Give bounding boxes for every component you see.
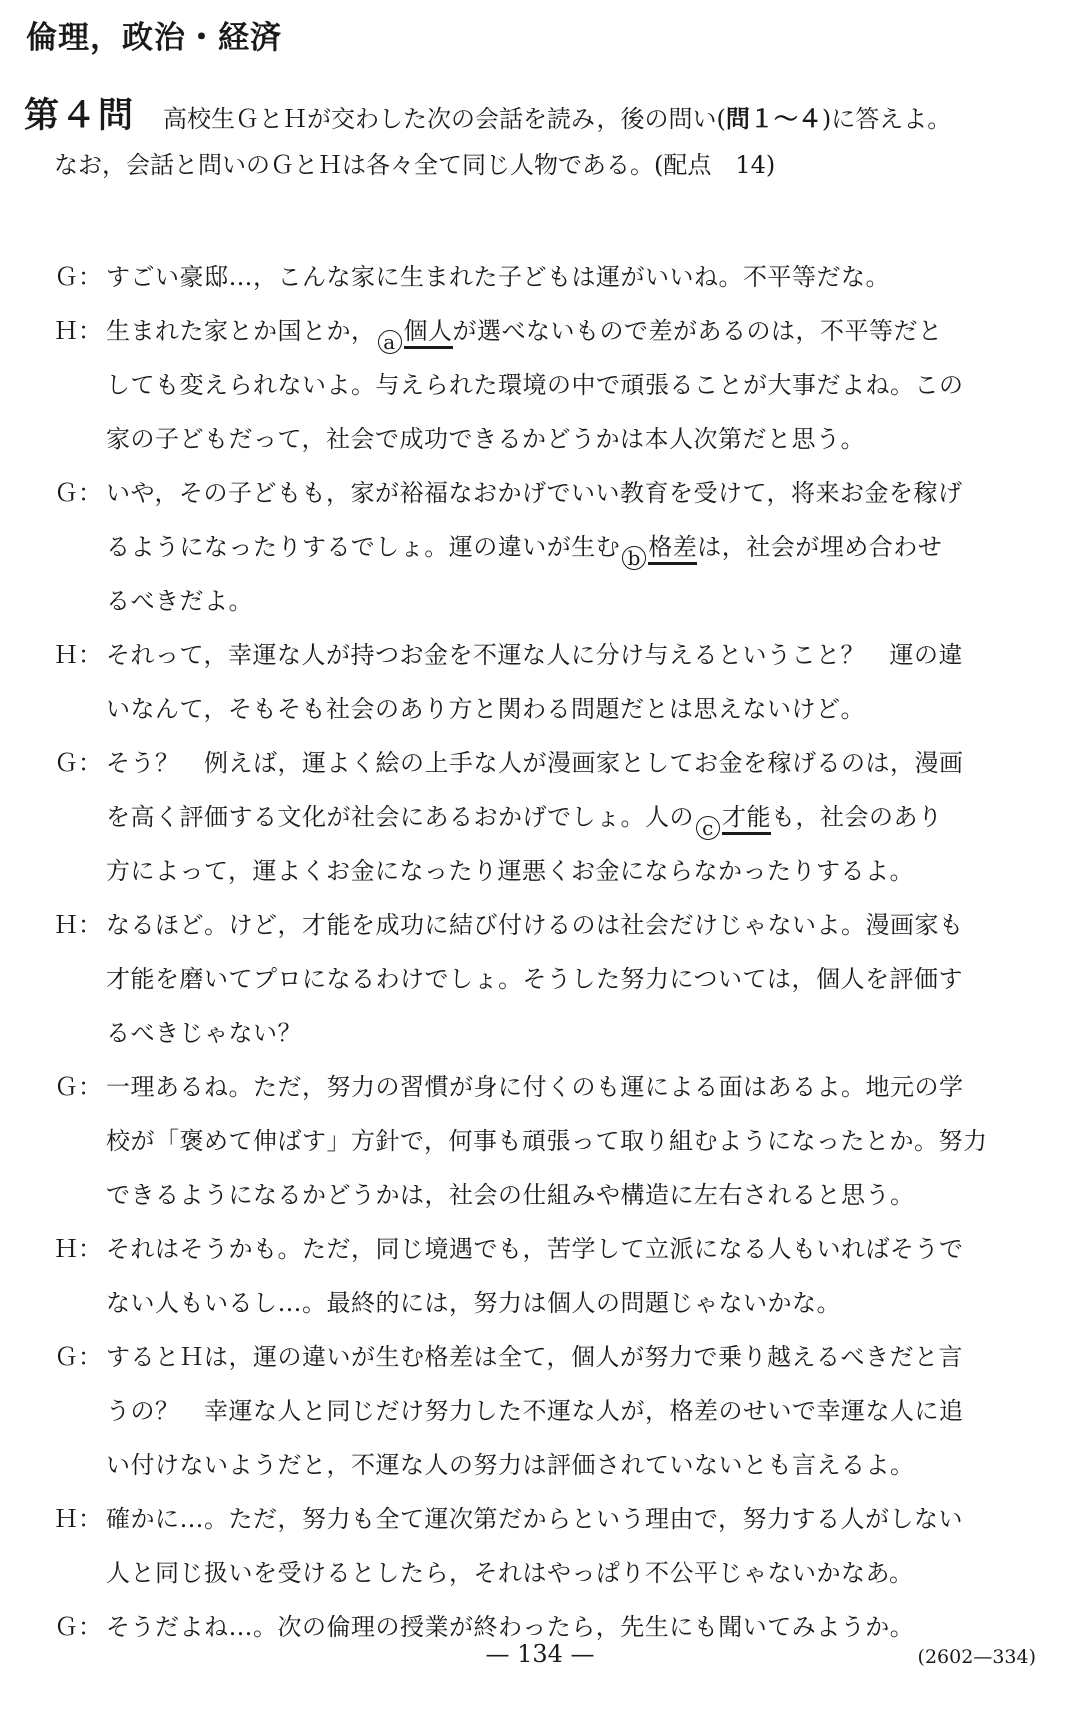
utterance-line: それって，幸運な人が持つお金を不運な人に分け与えるということ？ 運の違 — [106, 628, 1044, 682]
text-segment: いなんて，そもそも社会のあり方と関わる問題だとは思えないけど。 — [106, 695, 865, 723]
text-segment: るべきだよ。 — [106, 587, 253, 615]
text-segment: 確かに…。ただ，努力も全て運次第だからという理由で，努力する人がしない — [106, 1505, 963, 1533]
utterance: いや，その子どもも，家が裕福なおかげでいい教育を受けて，将来お金を稼げるようにな… — [106, 466, 1044, 628]
speaker-label: Ｇ： — [54, 1330, 106, 1492]
utterance-line: るようになったりするでしょ。運の違いが生むb格差は，社会が埋め合わせ — [106, 520, 1044, 574]
utterance: 確かに…。ただ，努力も全て運次第だからという理由で，努力する人がしない人と同じ扱… — [106, 1492, 1044, 1600]
text-segment: うの？ 幸運な人と同じだけ努力した不運な人が，格差のせいで幸運な人に追 — [106, 1397, 964, 1425]
speaker-label: Ｇ： — [54, 736, 106, 898]
utterance-line: 校が「褒めて伸ばす」方針で，何事も頑張って取り組むようになったとか。努力 — [106, 1114, 1044, 1168]
circled-b-marker: b — [622, 546, 646, 570]
utterance-line: 家の子どもだって，社会で成功できるかどうかは本人次第だと思う。 — [106, 412, 1044, 466]
speaker-label: Ｈ： — [54, 1492, 106, 1600]
text-segment: それはそうかも。ただ，同じ境遇でも，苦学して立派になる人もいればそうで — [106, 1235, 964, 1263]
utterance-line: 一理あるね。ただ，努力の習慣が身に付くのも運による面はあるよ。地元の学 — [106, 1060, 1044, 1114]
text-segment: できるようになるかどうかは，社会の仕組みや構造に左右されると思う。 — [106, 1181, 915, 1209]
utterance-line: しても変えられないよ。与えられた環境の中で頑張ることが大事だよね。この — [106, 358, 1044, 412]
utterance: すごい豪邸…，こんな家に生まれた子どもは運がいいね。不平等だな。 — [106, 250, 1044, 304]
question-intro-text: 高校生ＧとＨが交わした次の会話を読み，後の問い( — [163, 105, 726, 133]
utterance-line: すごい豪邸…，こんな家に生まれた子どもは運がいいね。不平等だな。 — [106, 250, 1044, 304]
text-segment: するとＨは，運の違いが生む格差は全て，個人が努力で乗り越えるべきだと言 — [106, 1343, 963, 1371]
speaker-label: Ｈ： — [54, 628, 106, 736]
dialogue-turn: Ｇ：いや，その子どもも，家が裕福なおかげでいい教育を受けて，将来お金を稼げるよう… — [54, 466, 1044, 628]
dialogue-turn: Ｇ：一理あるね。ただ，努力の習慣が身に付くのも運による面はあるよ。地元の学校が「… — [54, 1060, 1044, 1222]
utterance: そう？ 例えば，運よく絵の上手な人が漫画家としてお金を稼げるのは，漫画を高く評価… — [106, 736, 1044, 898]
utterance-line: るべきじゃない？ — [106, 1006, 1044, 1060]
text-segment: しても変えられないよ。与えられた環境の中で頑張ることが大事だよね。この — [106, 371, 964, 399]
text-segment: 才能を磨いてプロになるわけでしょ。そうした努力については，個人を評価す — [106, 965, 963, 993]
text-segment: いや，その子どもも，家が裕福なおかげでいい教育を受けて，将来お金を稼げ — [106, 479, 963, 507]
text-segment: 人と同じ扱いを受けるとしたら，それはやっぱり不公平じゃないかなあ。 — [106, 1559, 914, 1587]
dialogue-turn: Ｈ：生まれた家とか国とか，a個人が選べないもので差があるのは，不平等だとしても変… — [54, 304, 1044, 466]
text-segment: すごい豪邸…，こんな家に生まれた子どもは運がいいね。不平等だな。 — [106, 263, 890, 291]
dialogue-turn: Ｇ：するとＨは，運の違いが生む格差は全て，個人が努力で乗り越えるべきだと言うの？… — [54, 1330, 1044, 1492]
utterance-line: するとＨは，運の違いが生む格差は全て，個人が努力で乗り越えるべきだと言 — [106, 1330, 1044, 1384]
text-segment: も，社会のあり — [771, 803, 943, 831]
utterance-line: を高く評価する文化が社会にあるおかげでしょ。人のc才能も，社会のあり — [106, 790, 1044, 844]
utterance-line: そう？ 例えば，運よく絵の上手な人が漫画家としてお金を稼げるのは，漫画 — [106, 736, 1044, 790]
utterance-line: 生まれた家とか国とか，a個人が選べないもので差があるのは，不平等だと — [106, 304, 1044, 358]
question-header: 第４問 高校生ＧとＨが交わした次の会話を読み，後の問い(問１～４)に答えよ。 — [24, 88, 951, 138]
speaker-label: Ｈ： — [54, 304, 106, 466]
utterance-line: 方によって，運よくお金になったり運悪くお金にならなかったりするよ。 — [106, 844, 1044, 898]
utterance: それはそうかも。ただ，同じ境遇でも，苦学して立派になる人もいればそうでない人もい… — [106, 1222, 1044, 1330]
text-segment: そうだよね…。次の倫理の授業が終わったら，先生にも聞いてみようか。 — [106, 1613, 914, 1641]
text-segment: ない人もいるし…。最終的には，努力は個人の問題じゃないかな。 — [106, 1289, 841, 1317]
text-segment: い付けないようだと，不運な人の努力は評価されていないとも言えるよ。 — [106, 1451, 915, 1479]
text-segment: 方によって，運よくお金になったり運悪くお金にならなかったりするよ。 — [106, 857, 914, 885]
utterance-line: できるようになるかどうかは，社会の仕組みや構造に左右されると思う。 — [106, 1168, 1044, 1222]
text-segment: が選べないもので差があるのは，不平等だと — [453, 317, 943, 345]
utterance-line: なるほど。けど，才能を成功に結び付けるのは社会だけじゃないよ。漫画家も — [106, 898, 1044, 952]
text-segment: なるほど。けど，才能を成功に結び付けるのは社会だけじゃないよ。漫画家も — [106, 911, 964, 939]
utterance-line: るべきだよ。 — [106, 574, 1044, 628]
dialogue: Ｇ：すごい豪邸…，こんな家に生まれた子どもは運がいいね。不平等だな。Ｈ：生まれた… — [54, 250, 1044, 1654]
text-segment: 生まれた家とか国とか， — [106, 317, 376, 345]
exam-code: (2602—334) — [918, 1646, 1036, 1668]
dialogue-turn: Ｈ：それって，幸運な人が持つお金を不運な人に分け与えるということ？ 運の違いなん… — [54, 628, 1044, 736]
utterance: 一理あるね。ただ，努力の習慣が身に付くのも運による面はあるよ。地元の学校が「褒め… — [106, 1060, 1044, 1222]
text-segment: は，社会が埋め合わせ — [697, 533, 942, 561]
text-segment: を高く評価する文化が社会にあるおかげでしょ。人の — [106, 803, 694, 831]
dialogue-turn: Ｇ：すごい豪邸…，こんな家に生まれた子どもは運がいいね。不平等だな。 — [54, 250, 1044, 304]
text-segment: そう？ 例えば，運よく絵の上手な人が漫画家としてお金を稼げるのは，漫画 — [106, 749, 964, 777]
speaker-label: Ｇ： — [54, 250, 106, 304]
utterance: するとＨは，運の違いが生む格差は全て，個人が努力で乗り越えるべきだと言うの？ 幸… — [106, 1330, 1044, 1492]
circled-c-marker: c — [696, 816, 720, 840]
question-intro: 高校生ＧとＨが交わした次の会話を読み，後の問い(問１～４)に答えよ。 — [163, 99, 951, 134]
speaker-label: Ｇ： — [54, 1060, 106, 1222]
question-number: 第４問 — [24, 88, 135, 138]
dialogue-turn: Ｈ：なるほど。けど，才能を成功に結び付けるのは社会だけじゃないよ。漫画家も才能を… — [54, 898, 1044, 1060]
utterance-line: い付けないようだと，不運な人の努力は評価されていないとも言えるよ。 — [106, 1438, 1044, 1492]
utterance-line: 才能を磨いてプロになるわけでしょ。そうした努力については，個人を評価す — [106, 952, 1044, 1006]
speaker-label: Ｈ： — [54, 898, 106, 1060]
speaker-label: Ｈ： — [54, 1222, 106, 1330]
question-note: なお，会話と問いのＧとＨは各々全て同じ人物である。(配点 14) — [54, 145, 775, 180]
subject-heading: 倫理，政治・経済 — [26, 12, 282, 57]
text-segment: 校が「褒めて伸ばす」方針で，何事も頑張って取り組むようになったとか。努力 — [106, 1127, 988, 1155]
underlined-term: 格差 — [648, 533, 697, 565]
dialogue-turn: Ｈ：それはそうかも。ただ，同じ境遇でも，苦学して立派になる人もいればそうでない人… — [54, 1222, 1044, 1330]
underlined-term: 個人 — [404, 317, 453, 349]
utterance-line: それはそうかも。ただ，同じ境遇でも，苦学して立派になる人もいればそうで — [106, 1222, 1044, 1276]
text-segment: 家の子どもだって，社会で成功できるかどうかは本人次第だと思う。 — [106, 425, 865, 453]
utterance-line: 人と同じ扱いを受けるとしたら，それはやっぱり不公平じゃないかなあ。 — [106, 1546, 1044, 1600]
utterance-line: ない人もいるし…。最終的には，努力は個人の問題じゃないかな。 — [106, 1276, 1044, 1330]
speaker-label: Ｇ： — [54, 466, 106, 628]
question-range: 問１～４ — [726, 105, 822, 133]
utterance: それって，幸運な人が持つお金を不運な人に分け与えるということ？ 運の違いなんて，… — [106, 628, 1044, 736]
dialogue-turn: Ｇ：そう？ 例えば，運よく絵の上手な人が漫画家としてお金を稼げるのは，漫画を高く… — [54, 736, 1044, 898]
utterance-line: いなんて，そもそも社会のあり方と関わる問題だとは思えないけど。 — [106, 682, 1044, 736]
text-segment: それって，幸運な人が持つお金を不運な人に分け与えるということ？ 運の違 — [106, 641, 963, 669]
utterance: 生まれた家とか国とか，a個人が選べないもので差があるのは，不平等だとしても変えら… — [106, 304, 1044, 466]
circled-a-marker: a — [378, 330, 402, 354]
text-segment: るべきじゃない？ — [106, 1019, 302, 1047]
utterance-line: うの？ 幸運な人と同じだけ努力した不運な人が，格差のせいで幸運な人に追 — [106, 1384, 1044, 1438]
underlined-term: 才能 — [722, 803, 771, 835]
question-intro-tail: )に答えよ。 — [822, 105, 951, 133]
utterance: なるほど。けど，才能を成功に結び付けるのは社会だけじゃないよ。漫画家も才能を磨い… — [106, 898, 1044, 1060]
text-segment: るようになったりするでしょ。運の違いが生む — [106, 533, 620, 561]
text-segment: 一理あるね。ただ，努力の習慣が身に付くのも運による面はあるよ。地元の学 — [106, 1073, 964, 1101]
utterance-line: いや，その子どもも，家が裕福なおかげでいい教育を受けて，将来お金を稼げ — [106, 466, 1044, 520]
dialogue-turn: Ｈ：確かに…。ただ，努力も全て運次第だからという理由で，努力する人がしない人と同… — [54, 1492, 1044, 1600]
utterance-line: 確かに…。ただ，努力も全て運次第だからという理由で，努力する人がしない — [106, 1492, 1044, 1546]
